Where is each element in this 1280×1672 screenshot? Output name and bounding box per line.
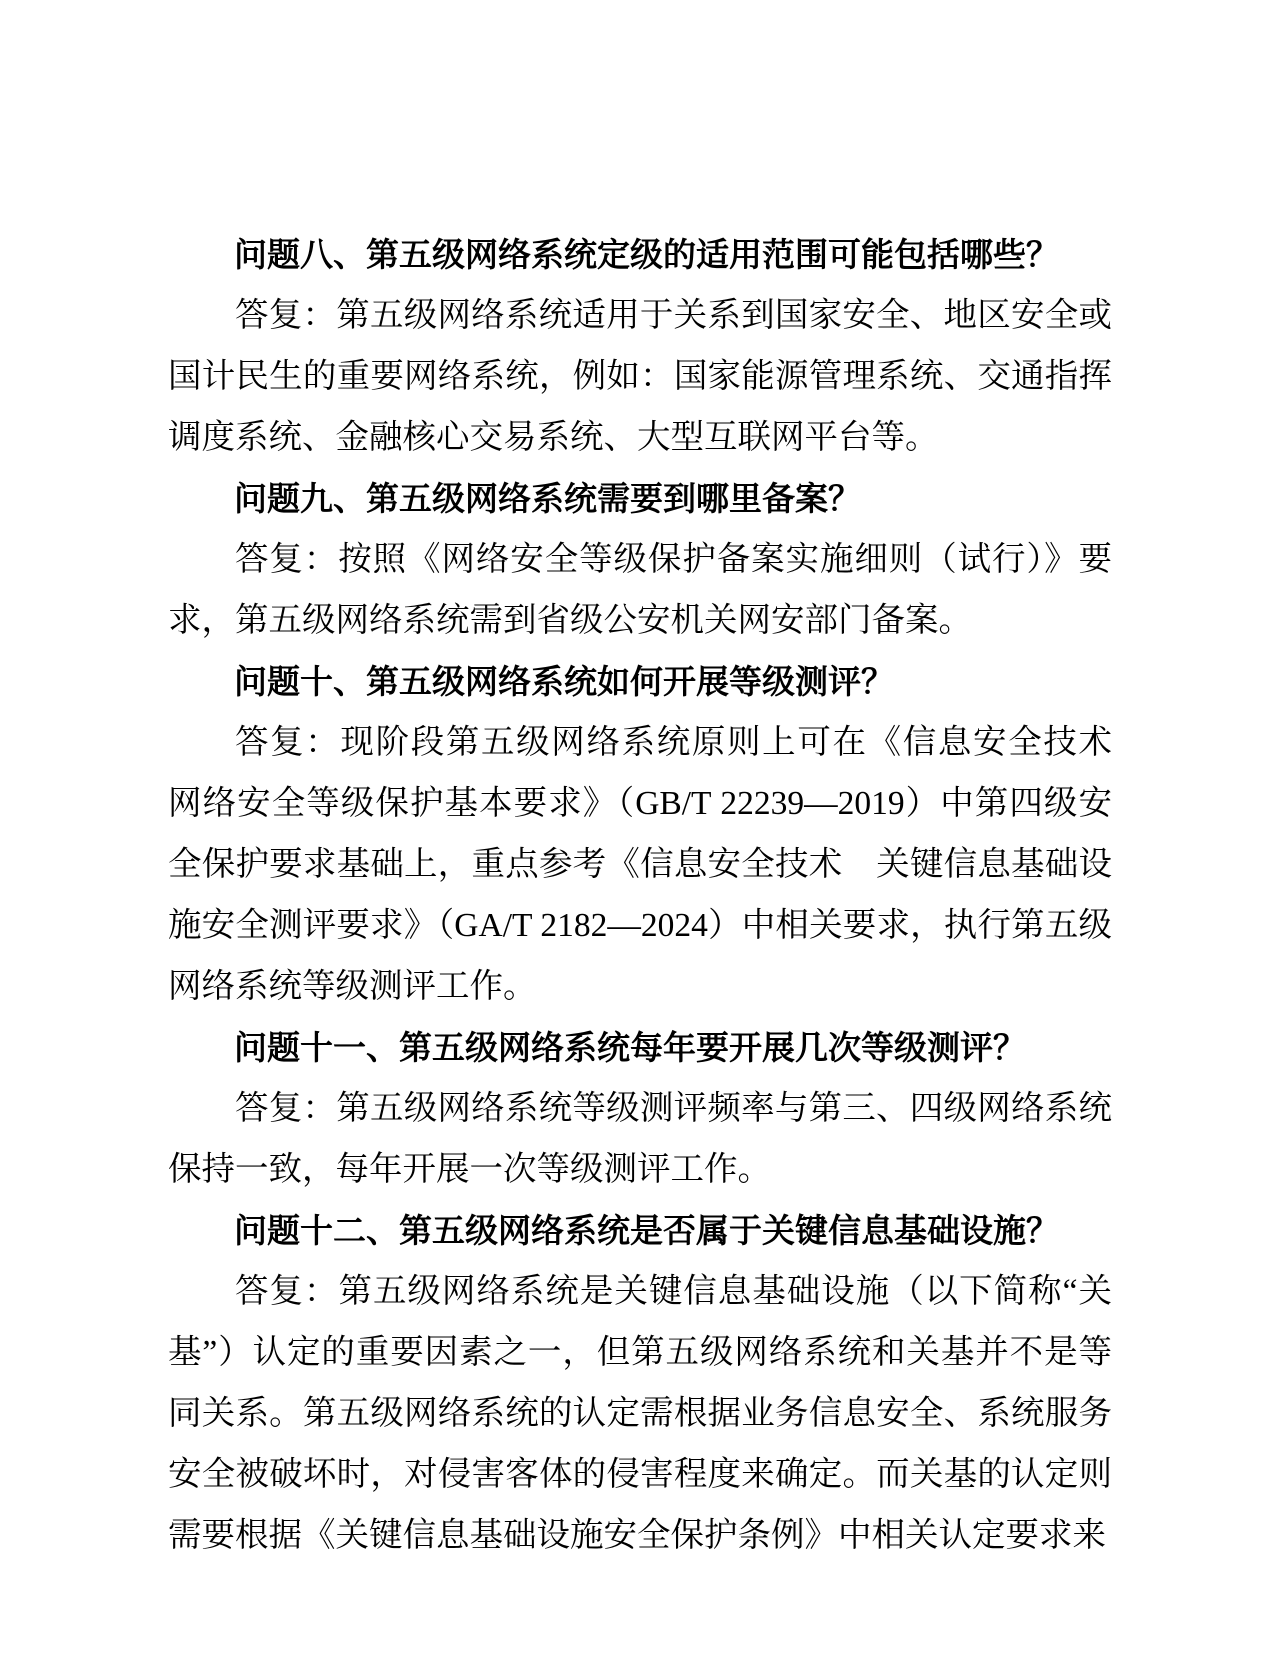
answer-11-paragraph: 答复：第五级网络系统等级测评频率与第三、四级网络系统保持一致，每年开展一次等级测… (168, 1078, 1112, 1200)
question-10-heading: 问题十、第五级网络系统如何开展等级测评？ (168, 651, 1112, 712)
qa-section-question-8: 问题八、第五级网络系统定级的适用范围可能包括哪些？ 答复：第五级网络系统适用于关… (168, 224, 1112, 468)
qa-section-question-12: 问题十二、第五级网络系统是否属于关键信息基础设施？ 答复：第五级网络系统是关键信… (168, 1200, 1112, 1566)
qa-section-question-11: 问题十一、第五级网络系统每年要开展几次等级测评？ 答复：第五级网络系统等级测评频… (168, 1017, 1112, 1200)
answer-10-paragraph: 答复：现阶段第五级网络系统原则上可在《信息安全技术 网络安全等级保护基本要求》（… (168, 712, 1112, 1017)
answer-8-paragraph: 答复：第五级网络系统适用于关系到国家安全、地区安全或国计民生的重要网络系统，例如… (168, 285, 1112, 468)
question-9-heading: 问题九、第五级网络系统需要到哪里备案？ (168, 468, 1112, 529)
question-11-heading: 问题十一、第五级网络系统每年要开展几次等级测评？ (168, 1017, 1112, 1078)
question-8-heading: 问题八、第五级网络系统定级的适用范围可能包括哪些？ (168, 224, 1112, 285)
qa-section-question-9: 问题九、第五级网络系统需要到哪里备案？ 答复：按照《网络安全等级保护备案实施细则… (168, 468, 1112, 651)
qa-section-question-10: 问题十、第五级网络系统如何开展等级测评？ 答复：现阶段第五级网络系统原则上可在《… (168, 651, 1112, 1017)
answer-9-paragraph: 答复：按照《网络安全等级保护备案实施细则（试行）》要求，第五级网络系统需到省级公… (168, 529, 1112, 651)
answer-12-paragraph: 答复：第五级网络系统是关键信息基础设施（以下简称“关基”）认定的重要因素之一，但… (168, 1261, 1112, 1566)
document-page: 问题八、第五级网络系统定级的适用范围可能包括哪些？ 答复：第五级网络系统适用于关… (0, 0, 1280, 1672)
question-12-heading: 问题十二、第五级网络系统是否属于关键信息基础设施？ (168, 1200, 1112, 1261)
